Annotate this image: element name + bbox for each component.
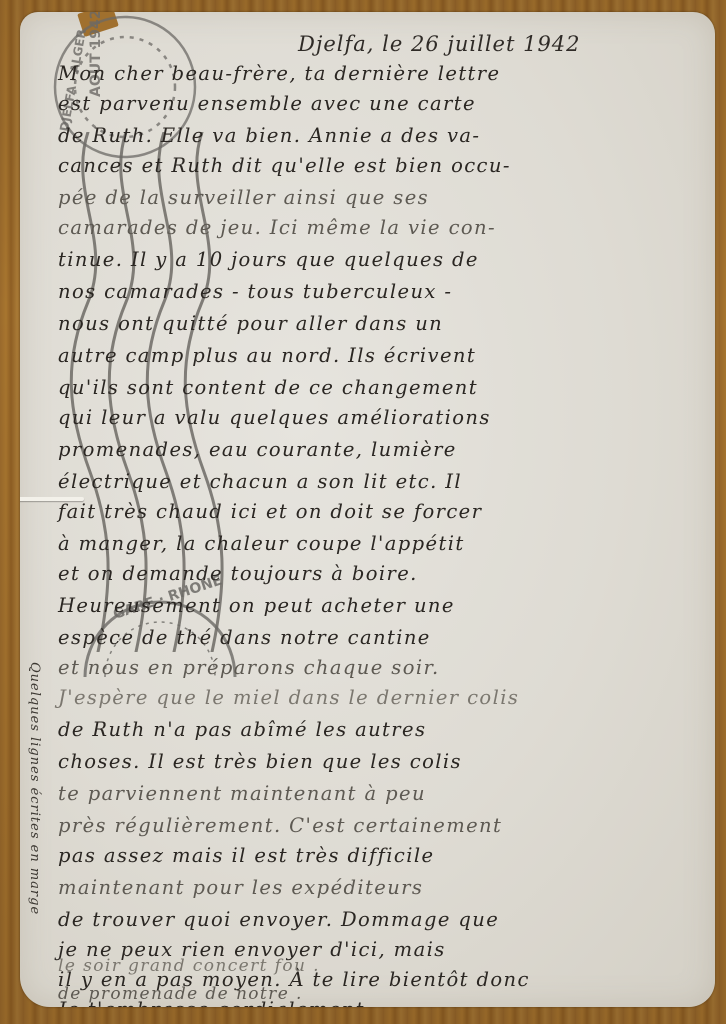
postcard: AOUT 1942 DJELFA · ALGER GARE · RHONE Dj… <box>20 12 715 1007</box>
letter-line: nous ont quitté pour aller dans un <box>58 312 443 335</box>
letter-line: maintenant pour les expéditeurs <box>58 876 423 899</box>
margin-note: Quelques lignes écrites en marge <box>27 662 42 1002</box>
letter-line: Mon cher beau-frère, ta dernière lettre <box>58 62 500 85</box>
letter-line: de Ruth. Elle va bien. Annie a des va- <box>58 124 480 147</box>
letter-line: pée de la surveiller ainsi que ses <box>58 186 429 209</box>
letter-line: qui leur a valu quelques améliorations <box>58 406 491 429</box>
letter-line: pas assez mais il est très difficile <box>58 844 434 867</box>
postscript-line: le soir grand concert fou . <box>58 956 320 976</box>
letter-line: et on demande toujours à boire. <box>58 562 418 585</box>
letter-line: de trouver quoi envoyer. Dommage que <box>58 908 499 931</box>
letter-line: électrique et chacun a son lit etc. Il <box>58 470 462 493</box>
letter-line: promenades, eau courante, lumière <box>58 438 457 461</box>
torn-corner <box>77 12 119 37</box>
place-date: Djelfa, le 26 juillet 1942 <box>298 32 581 56</box>
letter-line: est parvenu ensemble avec une carte <box>58 92 476 115</box>
letter-line: camarades de jeu. Ici même la vie con- <box>58 216 496 239</box>
letter-line: et nous en préparons chaque soir. <box>58 656 440 679</box>
letter-line: à manger, la chaleur coupe l'appétit <box>58 532 465 555</box>
letter-line: choses. Il est très bien que les colis <box>58 750 462 773</box>
letter-line: de Ruth n'a pas abîmé les autres <box>58 718 426 741</box>
letter-line: J'espère que le miel dans le dernier col… <box>58 686 519 709</box>
letter-line: espèce de thé dans notre cantine <box>58 626 431 649</box>
letter-line: tinue. Il y a 10 jours que quelques de <box>58 248 479 271</box>
letter-line: cances et Ruth dit qu'elle est bien occu… <box>58 154 511 177</box>
letter-line: autre camp plus au nord. Ils écrivent <box>58 344 476 367</box>
letter-line: te parviennent maintenant à peu <box>58 782 426 805</box>
letter-line: qu'ils sont content de ce changement <box>58 376 478 399</box>
letter-line: près régulièrement. C'est certainement <box>58 814 502 837</box>
letter-line: Heureusement on peut acheter une <box>58 594 455 617</box>
letter-line: fait très chaud ici et on doit se forcer <box>58 500 482 523</box>
postscript-line: de promenade de notre . <box>58 984 303 1004</box>
letter-line: nos camarades - tous tuberculeux - <box>58 280 452 303</box>
